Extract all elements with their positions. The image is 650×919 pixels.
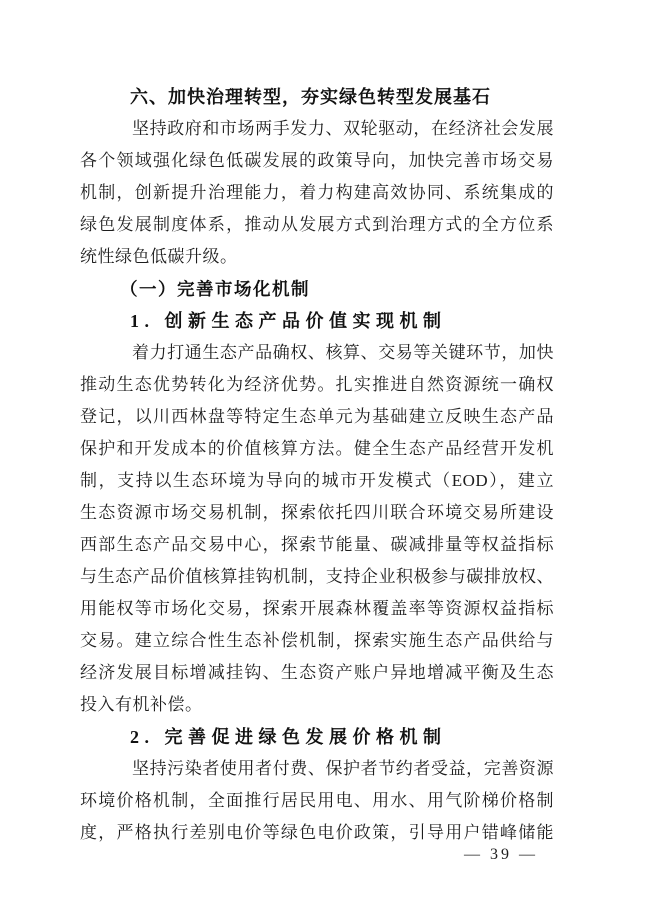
- text-line: 机制，创新提升治理能力，着力构建高效协同、系统集成的: [80, 177, 554, 209]
- text-line: 度，严格执行差别电价等绿色电价政策，引导用户错峰储能: [80, 817, 554, 849]
- text-line: 与生态产品价值核算挂钩机制，支持企业积极参与碳排放权、: [80, 561, 554, 593]
- text-line: 坚持污染者使用者付费、保护者节约者受益，完善资源: [80, 753, 554, 785]
- section-heading: 六、加快治理转型，夯实绿色转型发展基石: [80, 81, 554, 113]
- text-line: 经济发展目标增减挂钩、生态资产账户异地增减平衡及生态: [80, 657, 554, 689]
- page-number: — 39 —: [464, 846, 538, 864]
- text-line: 绿色发展制度体系，推动从发展方式到治理方式的全方位系: [80, 209, 554, 241]
- text-line: 推动生态优势转化为经济优势。扎实推进自然资源统一确权: [80, 369, 554, 401]
- text-line: 交易。建立综合性生态补偿机制，探索实施生态产品供给与: [80, 625, 554, 657]
- subsection-heading: （一）完善市场化机制: [80, 273, 554, 305]
- text-line: 用能权等市场化交易，探索开展森林覆盖率等资源权益指标: [80, 593, 554, 625]
- text-line: 统性绿色低碳升级。: [80, 241, 554, 273]
- text-line: 各个领域强化绿色低碳发展的政策导向，加快完善市场交易: [80, 145, 554, 177]
- document-page: 六、加快治理转型，夯实绿色转型发展基石坚持政府和市场两手发力、双轮驱动，在经济社…: [0, 0, 650, 919]
- text-line: 坚持政府和市场两手发力、双轮驱动，在经济社会发展: [80, 113, 554, 145]
- document-body: 六、加快治理转型，夯实绿色转型发展基石坚持政府和市场两手发力、双轮驱动，在经济社…: [80, 81, 554, 849]
- numbered-heading: 2. 完善促进绿色发展价格机制: [80, 721, 554, 753]
- text-line: 登记，以川西林盘等特定生态单元为基础建立反映生态产品: [80, 401, 554, 433]
- text-line: 投入有机补偿。: [80, 689, 554, 721]
- text-line: 环境价格机制，全面推行居民用电、用水、用气阶梯价格制: [80, 785, 554, 817]
- text-line: 着力打通生态产品确权、核算、交易等关键环节，加快: [80, 337, 554, 369]
- numbered-heading: 1. 创新生态产品价值实现机制: [80, 305, 554, 337]
- text-line: 保护和开发成本的价值核算方法。健全生态产品经营开发机: [80, 433, 554, 465]
- text-line: 西部生态产品交易中心，探索节能量、碳减排量等权益指标: [80, 529, 554, 561]
- text-line: 制，支持以生态环境为导向的城市开发模式（EOD），建立: [80, 465, 554, 497]
- text-line: 生态资源市场交易机制，探索依托四川联合环境交易所建设: [80, 497, 554, 529]
